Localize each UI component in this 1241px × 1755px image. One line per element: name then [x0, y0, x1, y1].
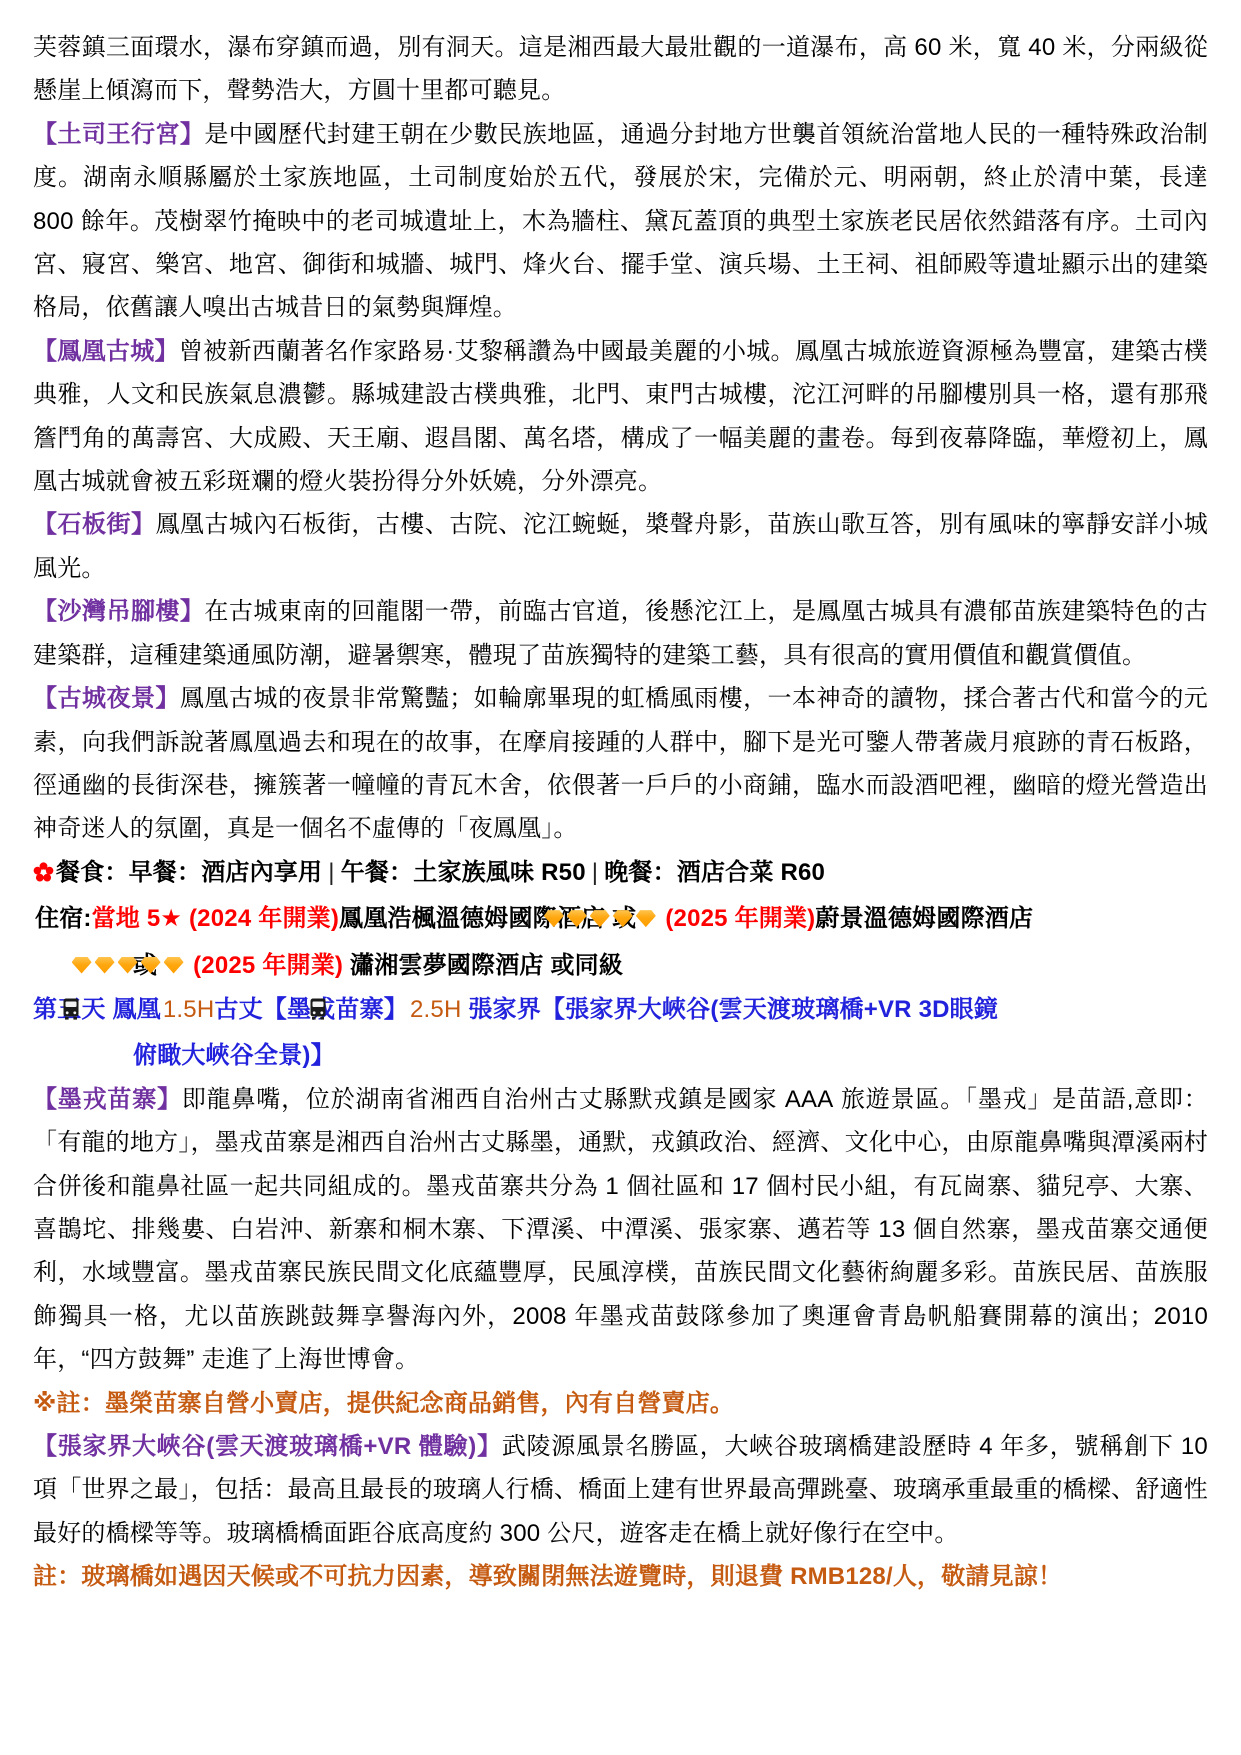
- text-run: 晚餐：酒店合菜 R60: [604, 859, 825, 886]
- meals-line: 餐食：早餐：酒店內享用|午餐：土家族風味 R50|晚餐：酒店合菜 R60: [33, 851, 1208, 897]
- paragraph-stone-street: 【石板街】鳳凰古城內石板街，古樓、古院、沱江蜿蜒，槳聲舟影，苗族山歌互答，別有風…: [33, 503, 1208, 590]
- day5-title: 第五天 鳳凰1.5H古丈【墨戎苗寨】2.5H 張家界【張家界大峽谷(雲天渡玻璃橋…: [33, 988, 1208, 1078]
- text-run: 餐食：早餐：酒店內享用: [56, 859, 322, 886]
- text-run: 【鳳凰古城】: [33, 338, 179, 365]
- paragraph-grand-canyon: 【張家界大峽谷(雲天渡玻璃橋+VR 體驗)】武陵源風景名勝區，大峽谷玻璃橋建設歷…: [33, 1425, 1208, 1555]
- text-run: 【石板街】: [33, 511, 155, 538]
- text-run: 鳳凰古城內石板街，古樓、古院、沱江蜿蜒，槳聲舟影，苗族山歌互答，別有風味的寧靜安…: [33, 511, 1208, 581]
- text-run: (2025 年開業): [665, 905, 815, 932]
- document-page: 芙蓉鎮三面環水，瀑布穿鎮而過，別有洞天。這是湘西最大最壯觀的一道瀑布，高 60 …: [0, 0, 1241, 1599]
- text-run: 曾被新西蘭著名作家路易·艾黎稱讚為中國最美麗的小城。鳳凰古城旅遊資源極為豐富，建…: [33, 338, 1208, 495]
- text-run: 是中國歷代封建王朝在少數民族地區，通過分封地方世襲首領統治當地人民的一種特殊政治…: [33, 121, 1208, 322]
- text-run: |: [586, 859, 604, 886]
- text-run: 【古城夜景】: [33, 685, 180, 712]
- text-line: 住宿:當地 5★ (2024 年開業)鳳凰浩楓溫德姆國際酒店 或(2025 年開…: [33, 905, 1033, 932]
- paragraph-night-view: 【古城夜景】鳳凰古城的夜景非常驚豔；如輪廓畢現的虹橋風雨樓，一本神奇的讀物，揉合…: [33, 677, 1208, 851]
- note-shop: ※註：墨榮苗寨自營小賣店，提供紀念商品銷售，內有自營賣店。: [33, 1382, 1208, 1425]
- lodging-line: 住宿:當地 5★ (2024 年開業)鳳凰浩楓溫德姆國際酒店 或(2025 年開…: [33, 897, 1208, 988]
- gem-icon: [636, 910, 656, 927]
- text-run: 【墨戎苗寨】: [33, 1086, 182, 1113]
- text-run: 俯瞰大峽谷全景)】: [133, 1042, 335, 1069]
- text-run: 蔚景溫德姆國際酒店: [815, 905, 1033, 932]
- paragraph-morong-miao-village: 【墨戎苗寨】即龍鼻嘴，位於湖南省湘西自治州古丈縣默戎鎮是國家 AAA 旅遊景區。…: [33, 1078, 1208, 1382]
- text-run: 當地 5★ (2024 年開業): [92, 905, 339, 932]
- text-run: ※註：墨榮苗寨自營小賣店，提供紀念商品銷售，內有自營賣店。: [33, 1390, 734, 1417]
- text-run: |: [322, 859, 340, 886]
- hotel-rating-gems: [170, 945, 185, 988]
- paragraph-furongzhen: 芙蓉鎮三面環水，瀑布穿鎮而過，別有洞天。這是湘西最大最壯觀的一道瀑布，高 60 …: [33, 26, 1208, 113]
- flower-icon: [33, 854, 54, 897]
- gem-icon: [72, 957, 92, 974]
- text-run: (2025 年開業): [193, 952, 343, 979]
- text-line: 俯瞰大峽谷全景)】: [133, 1042, 335, 1069]
- gem-icon: [95, 957, 115, 974]
- text-run: 【土司王行宮】: [33, 121, 204, 148]
- text-run: 1.5H: [163, 996, 215, 1023]
- text-run: 芙蓉鎮三面環水，瀑布穿鎮而過，別有洞天。這是湘西最大最壯觀的一道瀑布，高 60 …: [33, 34, 1208, 104]
- note-glass-bridge-refund: 註：玻璃橋如遇因天候或不可抗力因素，導致關閉無法遊覽時，則退費 RMB128/人…: [33, 1555, 1208, 1598]
- paragraph-shawan-stilt-houses: 【沙灣吊腳樓】在古城東南的回龍閣一帶，前臨古官道，後懸沱江上，是鳳凰古城具有濃郁…: [33, 590, 1208, 677]
- text-run: 午餐：土家族風味 R50: [341, 859, 586, 886]
- text-run: 張家界【張家界大峽谷(雲天渡玻璃橋+VR 3D眼鏡: [461, 996, 998, 1023]
- text-run: 在古城東南的回龍閣一帶，前臨古官道，後懸沱江上，是鳳凰古城具有濃郁苗族建築特色的…: [33, 598, 1208, 668]
- text-run: 瀟湘雲夢國際酒店 或同級: [343, 952, 623, 979]
- text-run: 第五天 鳳凰: [33, 996, 161, 1023]
- paragraph-tusi-palace: 【土司王行宮】是中國歷代封建王朝在少數民族地區，通過分封地方世襲首領統治當地人民…: [33, 113, 1208, 330]
- paragraph-fenghuang-old-town: 【鳳凰古城】曾被新西蘭著名作家路易·艾黎稱讚為中國最美麗的小城。鳳凰古城旅遊資源…: [33, 330, 1208, 504]
- text-run: 【沙灣吊腳樓】: [33, 598, 204, 625]
- text-run: 鳳凰浩楓溫德姆國際酒店 或: [339, 905, 636, 932]
- text-line: 第五天 鳳凰1.5H古丈【墨戎苗寨】2.5H 張家界【張家界大峽谷(雲天渡玻璃橋…: [33, 996, 998, 1023]
- text-run: 【張家界大峽谷(雲天渡玻璃橋+VR 體驗)】: [33, 1433, 502, 1460]
- hotel-rating-gems: [642, 898, 657, 941]
- document-content: 芙蓉鎮三面環水，瀑布穿鎮而過，別有洞天。這是湘西最大最壯觀的一道瀑布，高 60 …: [0, 0, 1241, 1599]
- text-run: 註：玻璃橋如遇因天候或不可抗力因素，導致關閉無法遊覽時，則退費 RMB128/人…: [33, 1563, 1062, 1590]
- text-run: 即龍鼻嘴，位於湖南省湘西自治州古丈縣默戎鎮是國家 AAA 旅遊景區。「墨戎」是苗…: [33, 1086, 1208, 1373]
- text-run: 2.5H: [410, 996, 462, 1023]
- gem-icon: [164, 957, 184, 974]
- text-run: 住宿:: [35, 905, 92, 932]
- text-line: 或 (2025 年開業) 瀟湘雲夢國際酒店 或同級: [133, 952, 623, 979]
- text-run: 鳳凰古城的夜景非常驚豔；如輪廓畢現的虹橋風雨樓，一本神奇的讀物，揉合著古代和當今…: [33, 685, 1208, 842]
